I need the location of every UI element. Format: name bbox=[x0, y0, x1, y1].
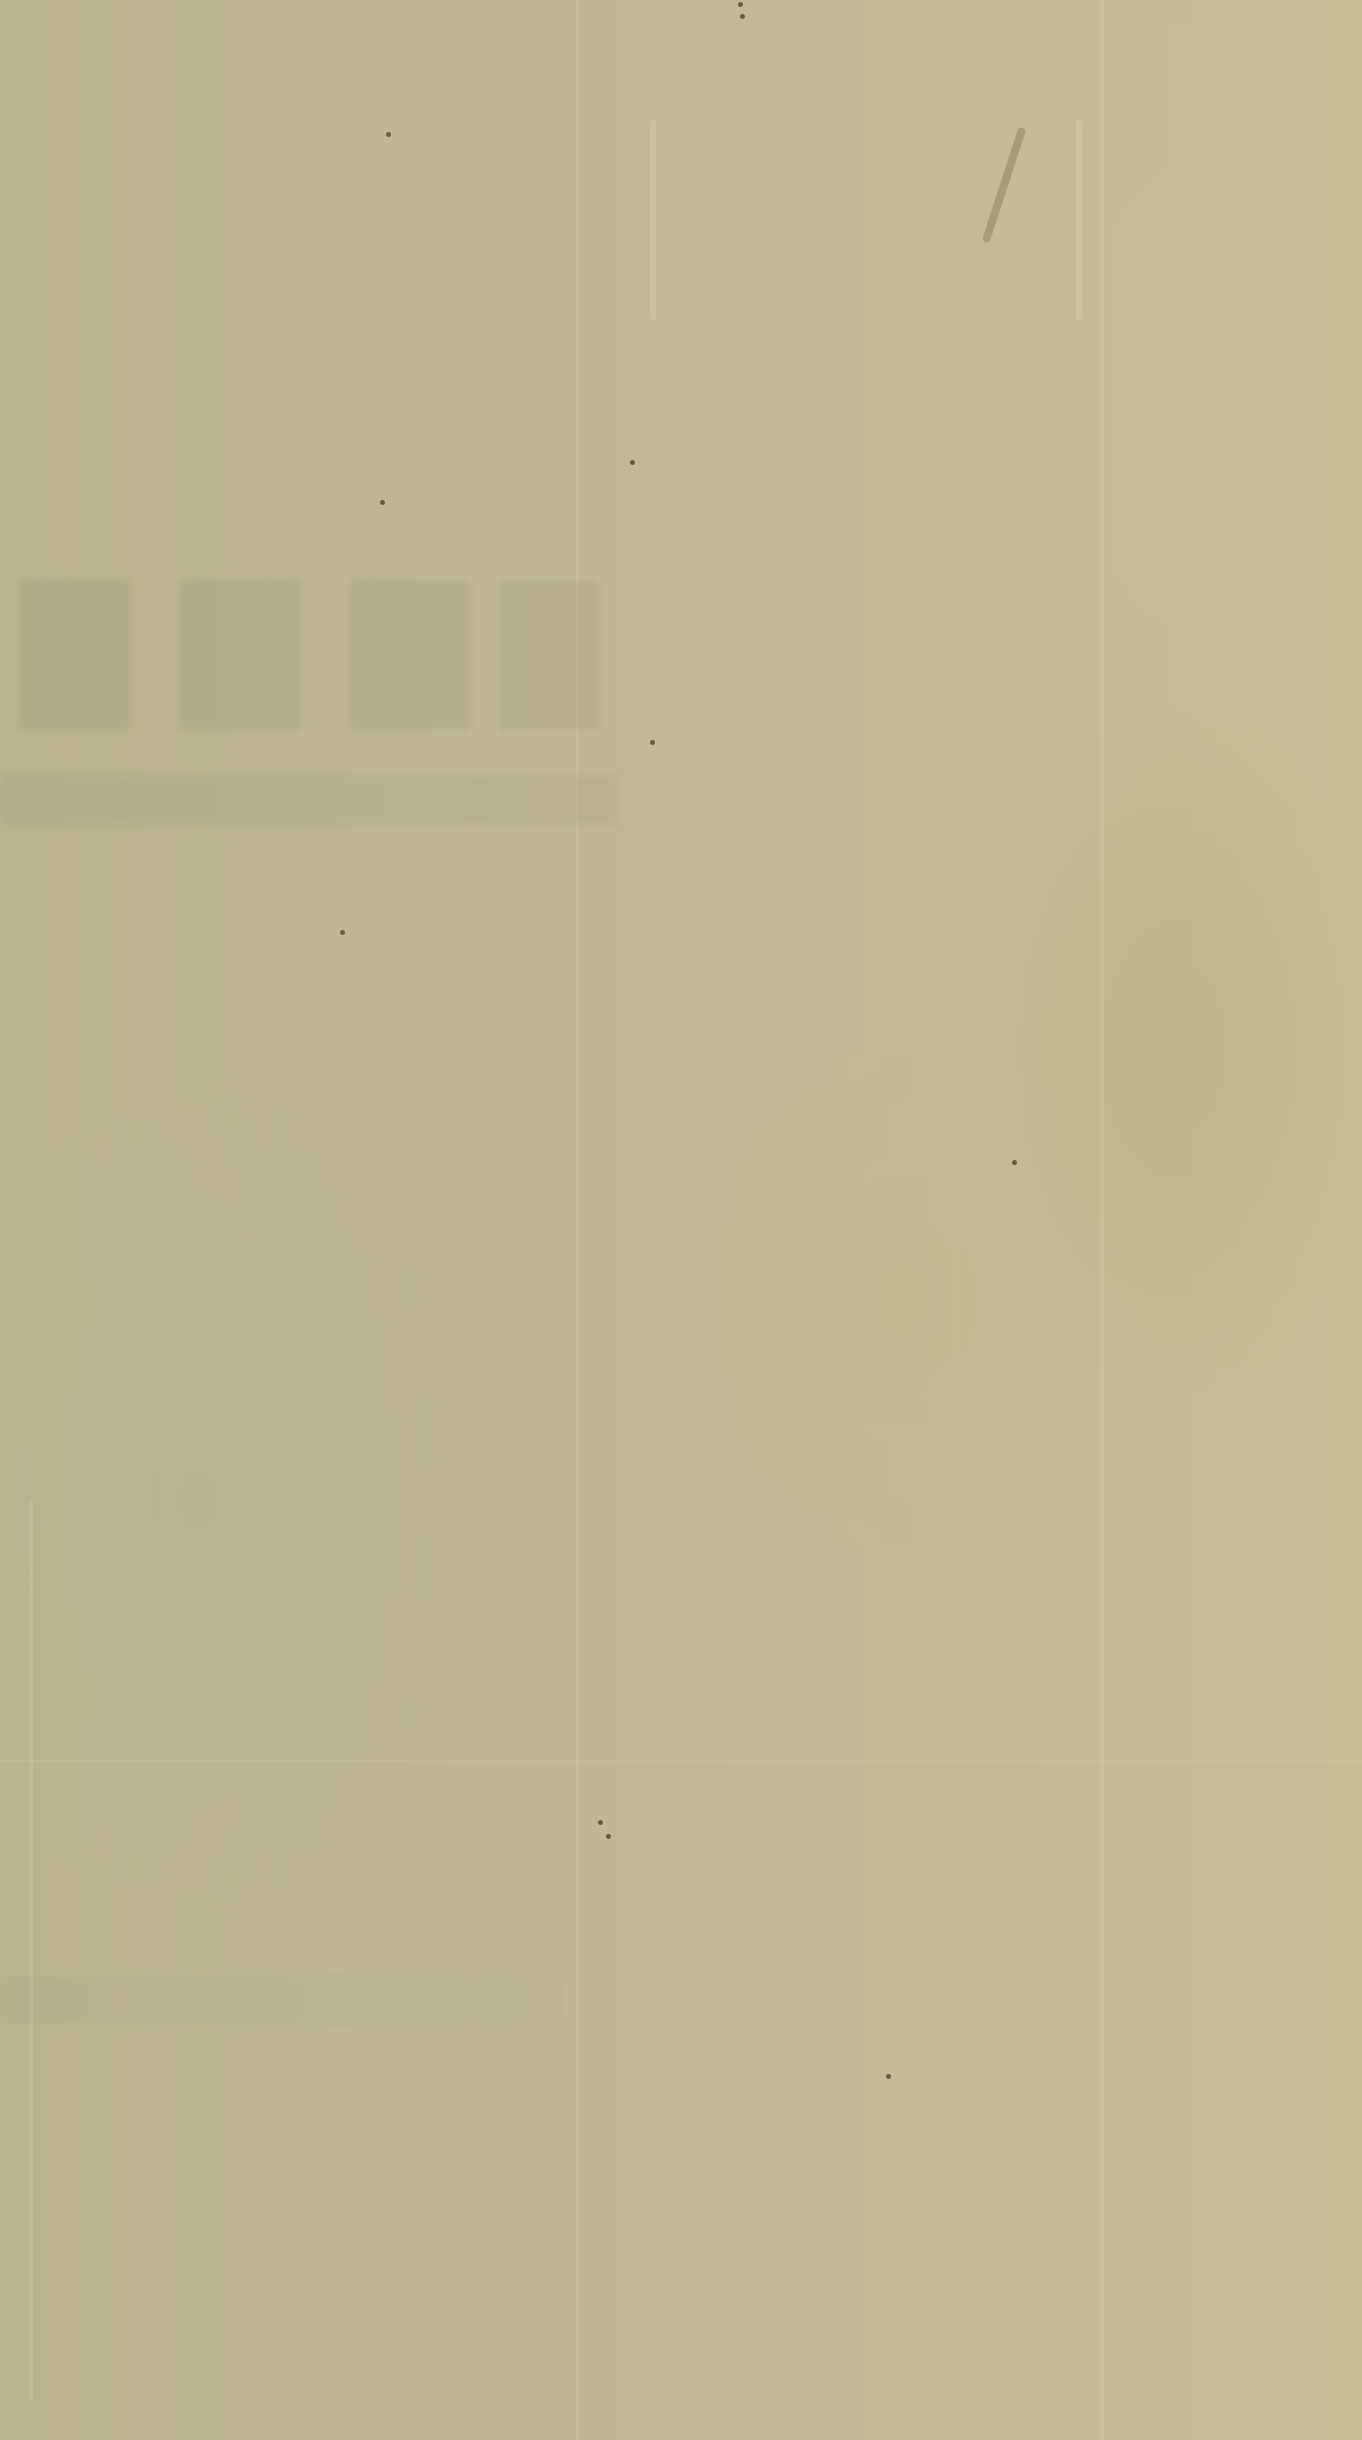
paper-crease bbox=[0, 1760, 1362, 1762]
bleed-through-character bbox=[500, 580, 600, 730]
paper-speck bbox=[606, 1834, 611, 1839]
paper-speck bbox=[340, 930, 345, 935]
bleed-through-text-line bbox=[0, 1975, 560, 2025]
paper-speck bbox=[630, 460, 635, 465]
paper-speck bbox=[386, 132, 391, 137]
paper-speck bbox=[738, 2, 743, 7]
paper-speck bbox=[740, 14, 745, 19]
bleed-through-character bbox=[180, 580, 300, 730]
paper-speck bbox=[886, 2074, 891, 2079]
bleed-through-text-line bbox=[0, 775, 620, 825]
paper-speck bbox=[598, 1820, 603, 1825]
paper-crease bbox=[1100, 0, 1104, 2440]
paper-speck bbox=[380, 500, 385, 505]
bleed-through-character bbox=[20, 580, 130, 730]
bleed-through-character bbox=[350, 580, 470, 730]
paper-page bbox=[0, 0, 1362, 2440]
paper-speck bbox=[650, 740, 655, 745]
paper-crease bbox=[576, 0, 579, 2440]
paper-crease bbox=[30, 1500, 33, 2400]
paper-speck bbox=[1012, 1160, 1017, 1165]
